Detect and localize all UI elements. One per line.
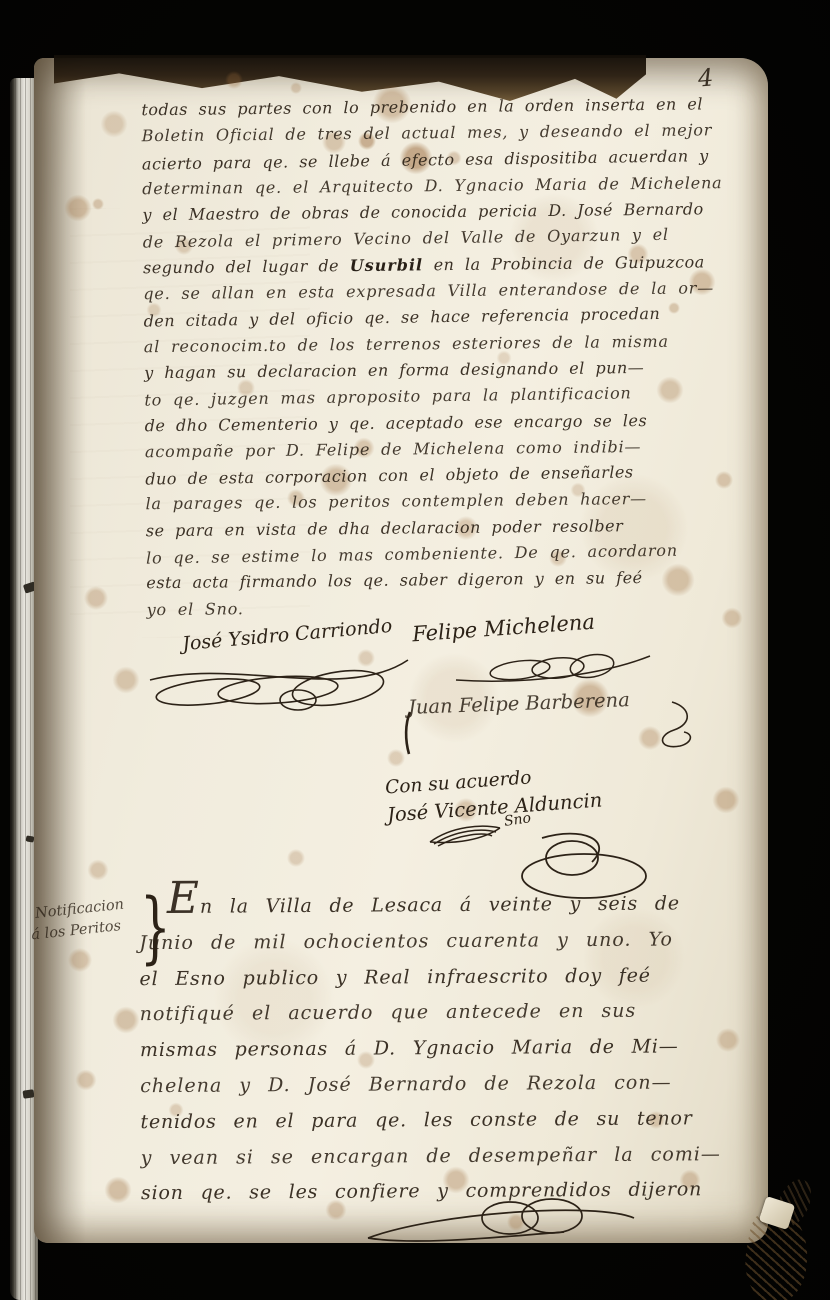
- notification-line: chelena y D. José Bernardo de Rezola con…: [140, 1065, 764, 1105]
- closing-rubric-flourish: [358, 1194, 642, 1250]
- notification-line: el Esno publico y Real infraescrito doy …: [139, 957, 763, 997]
- notification-line: notifiqué el acuerdo que antecede en sus: [140, 993, 764, 1033]
- stray-ink-stroke: [400, 710, 416, 756]
- notification-line: Junio de mil ochocientos cuarenta y uno.…: [139, 922, 763, 962]
- notification-line: y vean si se encargan de desempeñar la c…: [141, 1136, 765, 1176]
- page-edge-notch: [22, 1089, 34, 1098]
- notification-line: En la Villa de Lesaca á veinte y seis de: [139, 886, 763, 926]
- signature-rubric-left: [146, 650, 414, 714]
- acta-paragraph: todas sus partes con lo prebenido en la …: [141, 91, 766, 623]
- notification-paragraph: En la Villa de Lesaca á veinte y seis de…: [139, 886, 765, 1213]
- archival-scan: 4 todas sus partes con lo prebenido en l…: [0, 0, 830, 1300]
- place-line-pre: segundo del lugar de: [143, 256, 350, 277]
- agreement-block: Con su acuerdo José Vicente Alduncin: [385, 763, 603, 827]
- scribe-feather-flourish: [426, 818, 504, 852]
- signature-rubric-michelena: [454, 652, 654, 688]
- signature-rubric-barberena: [634, 698, 704, 756]
- notification-line: mismas personas á D. Ygnacio Maria de Mi…: [140, 1029, 764, 1069]
- folio-number: 4: [697, 64, 714, 93]
- notification-line: tenidos en el para qe. les conste de su …: [140, 1101, 764, 1141]
- manuscript-page: 4 todas sus partes con lo prebenido en l…: [34, 58, 768, 1243]
- signature-juan-felipe-barberena: Juan Felipe Barberena: [408, 688, 630, 719]
- place-line-post: en la Probincia de Guipuzcoa: [423, 252, 705, 274]
- place-name-usurbil: Usurbil: [350, 255, 424, 275]
